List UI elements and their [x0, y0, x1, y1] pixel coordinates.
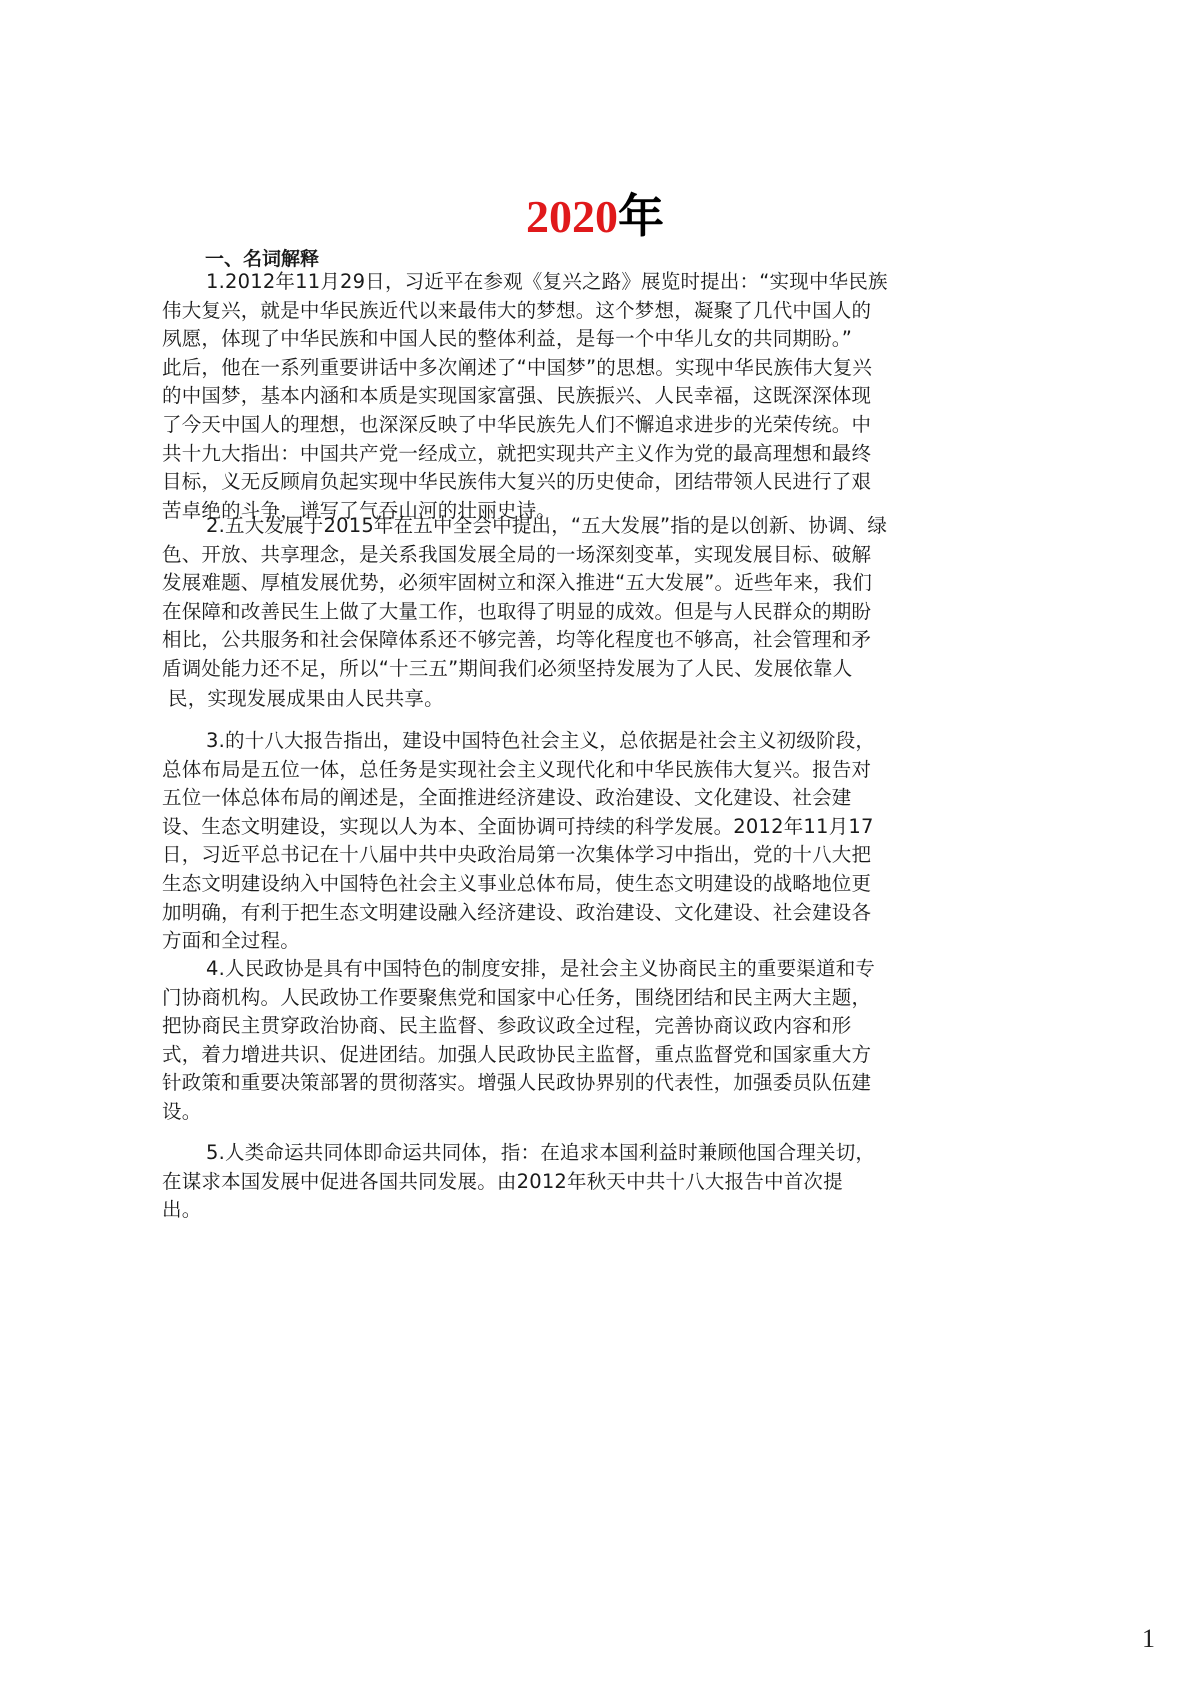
paragraph-2: 2.五大发展于2015年在五中全会中提出，“五大发展”指的是以创新、协调、绿 色…	[162, 512, 1022, 684]
text-line: 加明确，有利于把生态文明建设融入经济建设、政治建设、文化建设、社会建设各	[162, 899, 1022, 928]
text-line: 相比，公共服务和社会保障体系还不够完善，均等化程度也不够高，社会管理和矛	[162, 626, 1022, 655]
paragraph-3: 3.的十八大报告指出，建设中国特色社会主义，总依据是社会主义初级阶段， 总体布局…	[162, 727, 1022, 956]
text-line: 把协商民主贯穿政治协商、民主监督、参政议政全过程，完善协商议政内容和形	[162, 1012, 1022, 1041]
paragraph-5: 5.人类命运共同体即命运共同体，指：在追求本国利益时兼顾他国合理关切， 在谋求本…	[162, 1139, 1022, 1225]
text-line: 盾调处能力还不足，所以“十三五”期间我们必须坚持发展为了人民、发展依靠人	[162, 655, 1022, 684]
text-line: 3.的十八大报告指出，建设中国特色社会主义，总依据是社会主义初级阶段，	[162, 727, 1022, 756]
text-line: 的中国梦，基本内涵和本质是实现国家富强、民族振兴、人民幸福，这既深深体现	[162, 382, 1022, 411]
text-line: 伟大复兴，就是中华民族近代以来最伟大的梦想。这个梦想，凝聚了几代中国人的	[162, 297, 1022, 326]
text-line: 共十九大指出：中国共产党一经成立，就把实现共产主义作为党的最高理想和最终	[162, 440, 1022, 469]
text-line: 2.五大发展于2015年在五中全会中提出，“五大发展”指的是以创新、协调、绿	[162, 512, 1022, 541]
text-line: 五位一体总体布局的阐述是，全面推进经济建设、政治建设、文化建设、社会建	[162, 784, 1022, 813]
text-line: 设。	[162, 1098, 1022, 1127]
title-year: 2020	[526, 191, 618, 242]
page-title: 2020年	[0, 188, 1190, 245]
text-line: 方面和全过程。	[162, 927, 1022, 956]
text-line: 日，习近平总书记在十八届中共中央政治局第一次集体学习中指出，党的十八大把	[162, 841, 1022, 870]
text-line: 式，着力增进共识、促进团结。加强人民政协民主监督，重点监督党和国家重大方	[162, 1041, 1022, 1070]
text-line: 1.2012年11月29日，习近平在参观《复兴之路》展览时提出：“实现中华民族	[162, 268, 1022, 297]
title-suffix: 年	[618, 189, 664, 243]
text-line: 在保障和改善民生上做了大量工作，也取得了明显的成效。但是与人民群众的期盼	[162, 598, 1022, 627]
text-line: 5.人类命运共同体即命运共同体，指：在追求本国利益时兼顾他国合理关切，	[162, 1139, 1022, 1168]
text-line: 生态文明建设纳入中国特色社会主义事业总体布局，使生态文明建设的战略地位更	[162, 870, 1022, 899]
paragraph-4: 4.人民政协是具有中国特色的制度安排，是社会主义协商民主的重要渠道和专 门协商机…	[162, 955, 1022, 1127]
text-line: 民，实现发展成果由人民共享。	[168, 685, 1028, 714]
text-line: 了今天中国人的理想，也深深反映了中华民族先人们不懈追求进步的光荣传统。中	[162, 411, 1022, 440]
page-number: 1	[1142, 1624, 1155, 1654]
text-line: 总体布局是五位一体，总任务是实现社会主义现代化和中华民族伟大复兴。报告对	[162, 756, 1022, 785]
paragraph-1: 1.2012年11月29日，习近平在参观《复兴之路》展览时提出：“实现中华民族 …	[162, 268, 1022, 525]
text-line: 夙愿，体现了中华民族和中国人民的整体利益，是每一个中华儿女的共同期盼。”	[162, 325, 1022, 354]
text-line: 在谋求本国发展中促进各国共同发展。由2012年秋天中共十八大报告中首次提	[162, 1168, 1022, 1197]
text-line: 目标，义无反顾肩负起实现中华民族伟大复兴的历史使命，团结带领人民进行了艰	[162, 468, 1022, 497]
text-line: 出。	[162, 1196, 1022, 1225]
text-line: 此后，他在一系列重要讲话中多次阐述了“中国梦”的思想。实现中华民族伟大复兴	[162, 354, 1022, 383]
text-line: 色、开放、共享理念，是关系我国发展全局的一场深刻变革，实现发展目标、破解	[162, 541, 1022, 570]
text-line: 门协商机构。人民政协工作要聚焦党和国家中心任务，围绕团结和民主两大主题，	[162, 984, 1022, 1013]
text-line: 4.人民政协是具有中国特色的制度安排，是社会主义协商民主的重要渠道和专	[162, 955, 1022, 984]
text-line: 设、生态文明建设，实现以人为本、全面协调可持续的科学发展。2012年11月17	[162, 813, 1022, 842]
text-line: 发展难题、厚植发展优势，必须牢固树立和深入推进“五大发展”。近些年来，我们	[162, 569, 1022, 598]
paragraph-2-continuation: 民，实现发展成果由人民共享。	[168, 685, 1028, 714]
text-line: 针政策和重要决策部署的贯彻落实。增强人民政协界别的代表性，加强委员队伍建	[162, 1069, 1022, 1098]
document-page: 2020年 一、名词解释 1.2012年11月29日，习近平在参观《复兴之路》展…	[0, 0, 1190, 1683]
